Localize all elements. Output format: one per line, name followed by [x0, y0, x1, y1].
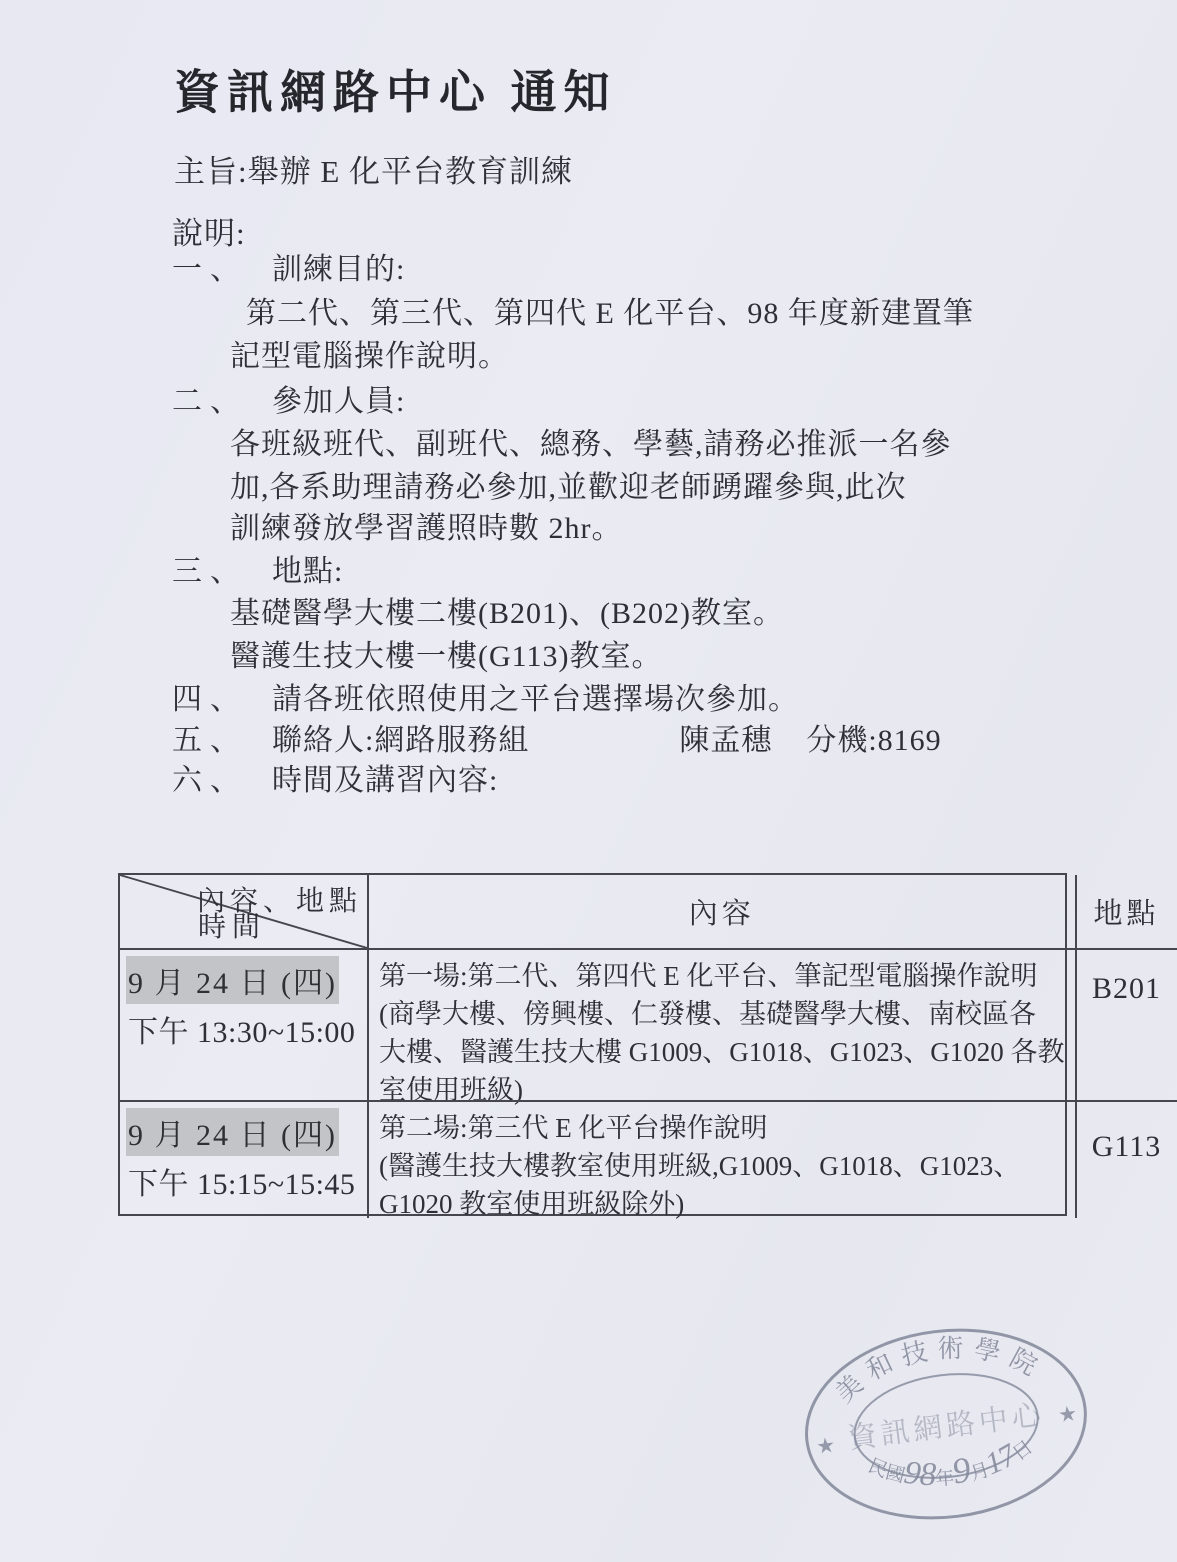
- schedule-table: 內容、地點 時間 內容 地點 9 月 24 日 (四) 下午 13:30~15:…: [118, 873, 1067, 1216]
- contact-name: 陳孟穗: [679, 723, 772, 759]
- session-1-content-line: 大樓、醫護生技大樓 G1009、G1018、G1023、G1020 各教: [379, 1033, 1065, 1071]
- stamp-date-year: 98: [898, 1451, 942, 1497]
- section-6-heading: 六、時間及講習內容:: [172, 763, 498, 799]
- section-2-head-text: 參加人員:: [272, 385, 405, 418]
- session-1-time-cell: 9 月 24 日 (四) 下午 13:30~15:00: [120, 948, 367, 1100]
- location-column-header: 地點: [1075, 875, 1177, 948]
- star-icon-left: ★: [815, 1433, 837, 1459]
- section-1-line-2: 記型電腦操作說明。: [230, 339, 509, 375]
- section-4-number: 四、: [172, 682, 248, 718]
- section-3-number: 三、: [172, 554, 248, 590]
- session-2-time-cell: 9 月 24 日 (四) 下午 15:15~15:45: [120, 1100, 367, 1218]
- section-1-line-1: 第二代、第三代、第四代 E 化平台、98 年度新建置筆: [246, 296, 974, 332]
- session-2-date-highlight: 9 月 24 日 (四): [128, 1110, 337, 1154]
- session-2-content-line: G1020 教室使用班級除外): [379, 1185, 1065, 1223]
- scanned-notice-page: 資訊網路中心 通知 主旨:舉辦 E 化平台教育訓練 說明: 一、訓練目的: 第二…: [0, 0, 1177, 1562]
- table-corner-cell: 內容、地點 時間: [120, 875, 367, 948]
- subject-line: 主旨:舉辦 E 化平台教育訓練: [174, 146, 573, 191]
- stamp-school-name: 美和技術學院: [825, 1321, 1052, 1410]
- session-2-location: G113: [1075, 1100, 1177, 1218]
- section-3-line-2: 醫護生技大樓一樓(G113)教室。: [230, 639, 663, 675]
- section-5-head-text: 聯絡人:網路服務組: [272, 724, 529, 757]
- section-5-heading: 五、聯絡人:網路服務組陳孟穗分機:8169: [172, 723, 942, 759]
- section-1-head-text: 訓練目的:: [272, 253, 405, 286]
- section-3-head-text: 地點:: [272, 555, 343, 588]
- section-2-heading: 二、參加人員:: [172, 384, 405, 420]
- session-1-date-highlight: 9 月 24 日 (四): [128, 958, 337, 1002]
- svg-text:美和技術學院: 美和技術學院: [825, 1321, 1052, 1410]
- session-1-time: 下午 13:30~15:00: [128, 1007, 361, 1051]
- section-6-number: 六、: [172, 763, 248, 799]
- session-2-time: 下午 15:15~15:45: [128, 1159, 361, 1203]
- session-1-content-line: 第一場:第二代、第四代 E 化平台、筆記型電腦操作說明: [379, 957, 1065, 995]
- section-3-line-1: 基礎醫學大樓二樓(B201)、(B202)教室。: [230, 596, 784, 632]
- session-2-content-line: (醫護生技大樓教室使用班級,G1009、G1018、G1023、: [379, 1147, 1065, 1185]
- section-2-number: 二、: [172, 384, 248, 420]
- section-4-head-text: 請各班依照使用之平台選擇場次參加。: [272, 683, 799, 716]
- section-3-heading: 三、地點:: [172, 554, 343, 590]
- corner-label-time: 時間: [198, 905, 266, 945]
- session-1-content-line: (商學大樓、傍興樓、仁發樓、基礎醫學大樓、南校區各: [379, 995, 1065, 1033]
- section-1-heading: 一、訓練目的:: [172, 252, 405, 288]
- section-1-number: 一、: [172, 252, 248, 288]
- session-1-location: B201: [1075, 948, 1177, 1100]
- page-title: 資訊網路中心 通知: [174, 56, 617, 122]
- section-5-number: 五、: [172, 723, 248, 759]
- section-2-line-1: 各班級班代、副班代、總務、學藝,請務必推派一名參: [230, 427, 952, 463]
- content-column-header: 內容: [367, 875, 1075, 948]
- section-4-heading: 四、請各班依照使用之平台選擇場次參加。: [172, 682, 799, 718]
- description-label: 說明:: [172, 208, 246, 253]
- section-2-line-2: 加,各系助理請務必參加,並歡迎老師踴躍參與,此次: [230, 470, 907, 506]
- session-2-content-line: 第二場:第三代 E 化平台操作說明: [379, 1109, 1065, 1147]
- session-1-content-cell: 第一場:第二代、第四代 E 化平台、筆記型電腦操作說明 (商學大樓、傍興樓、仁發…: [367, 948, 1075, 1100]
- stamp-seal: 美和技術學院 資訊網路中心 ★ ★ 民國98年9月17日: [785, 1304, 1108, 1544]
- section-2-line-3: 訓練發放學習護照時數 2hr。: [230, 511, 623, 547]
- session-2-content-cell: 第二場:第三代 E 化平台操作說明 (醫護生技大樓教室使用班級,G1009、G1…: [367, 1100, 1075, 1218]
- section-6-head-text: 時間及講習內容:: [272, 764, 498, 797]
- contact-extension: 分機:8169: [806, 723, 941, 759]
- star-icon-right: ★: [1057, 1401, 1079, 1427]
